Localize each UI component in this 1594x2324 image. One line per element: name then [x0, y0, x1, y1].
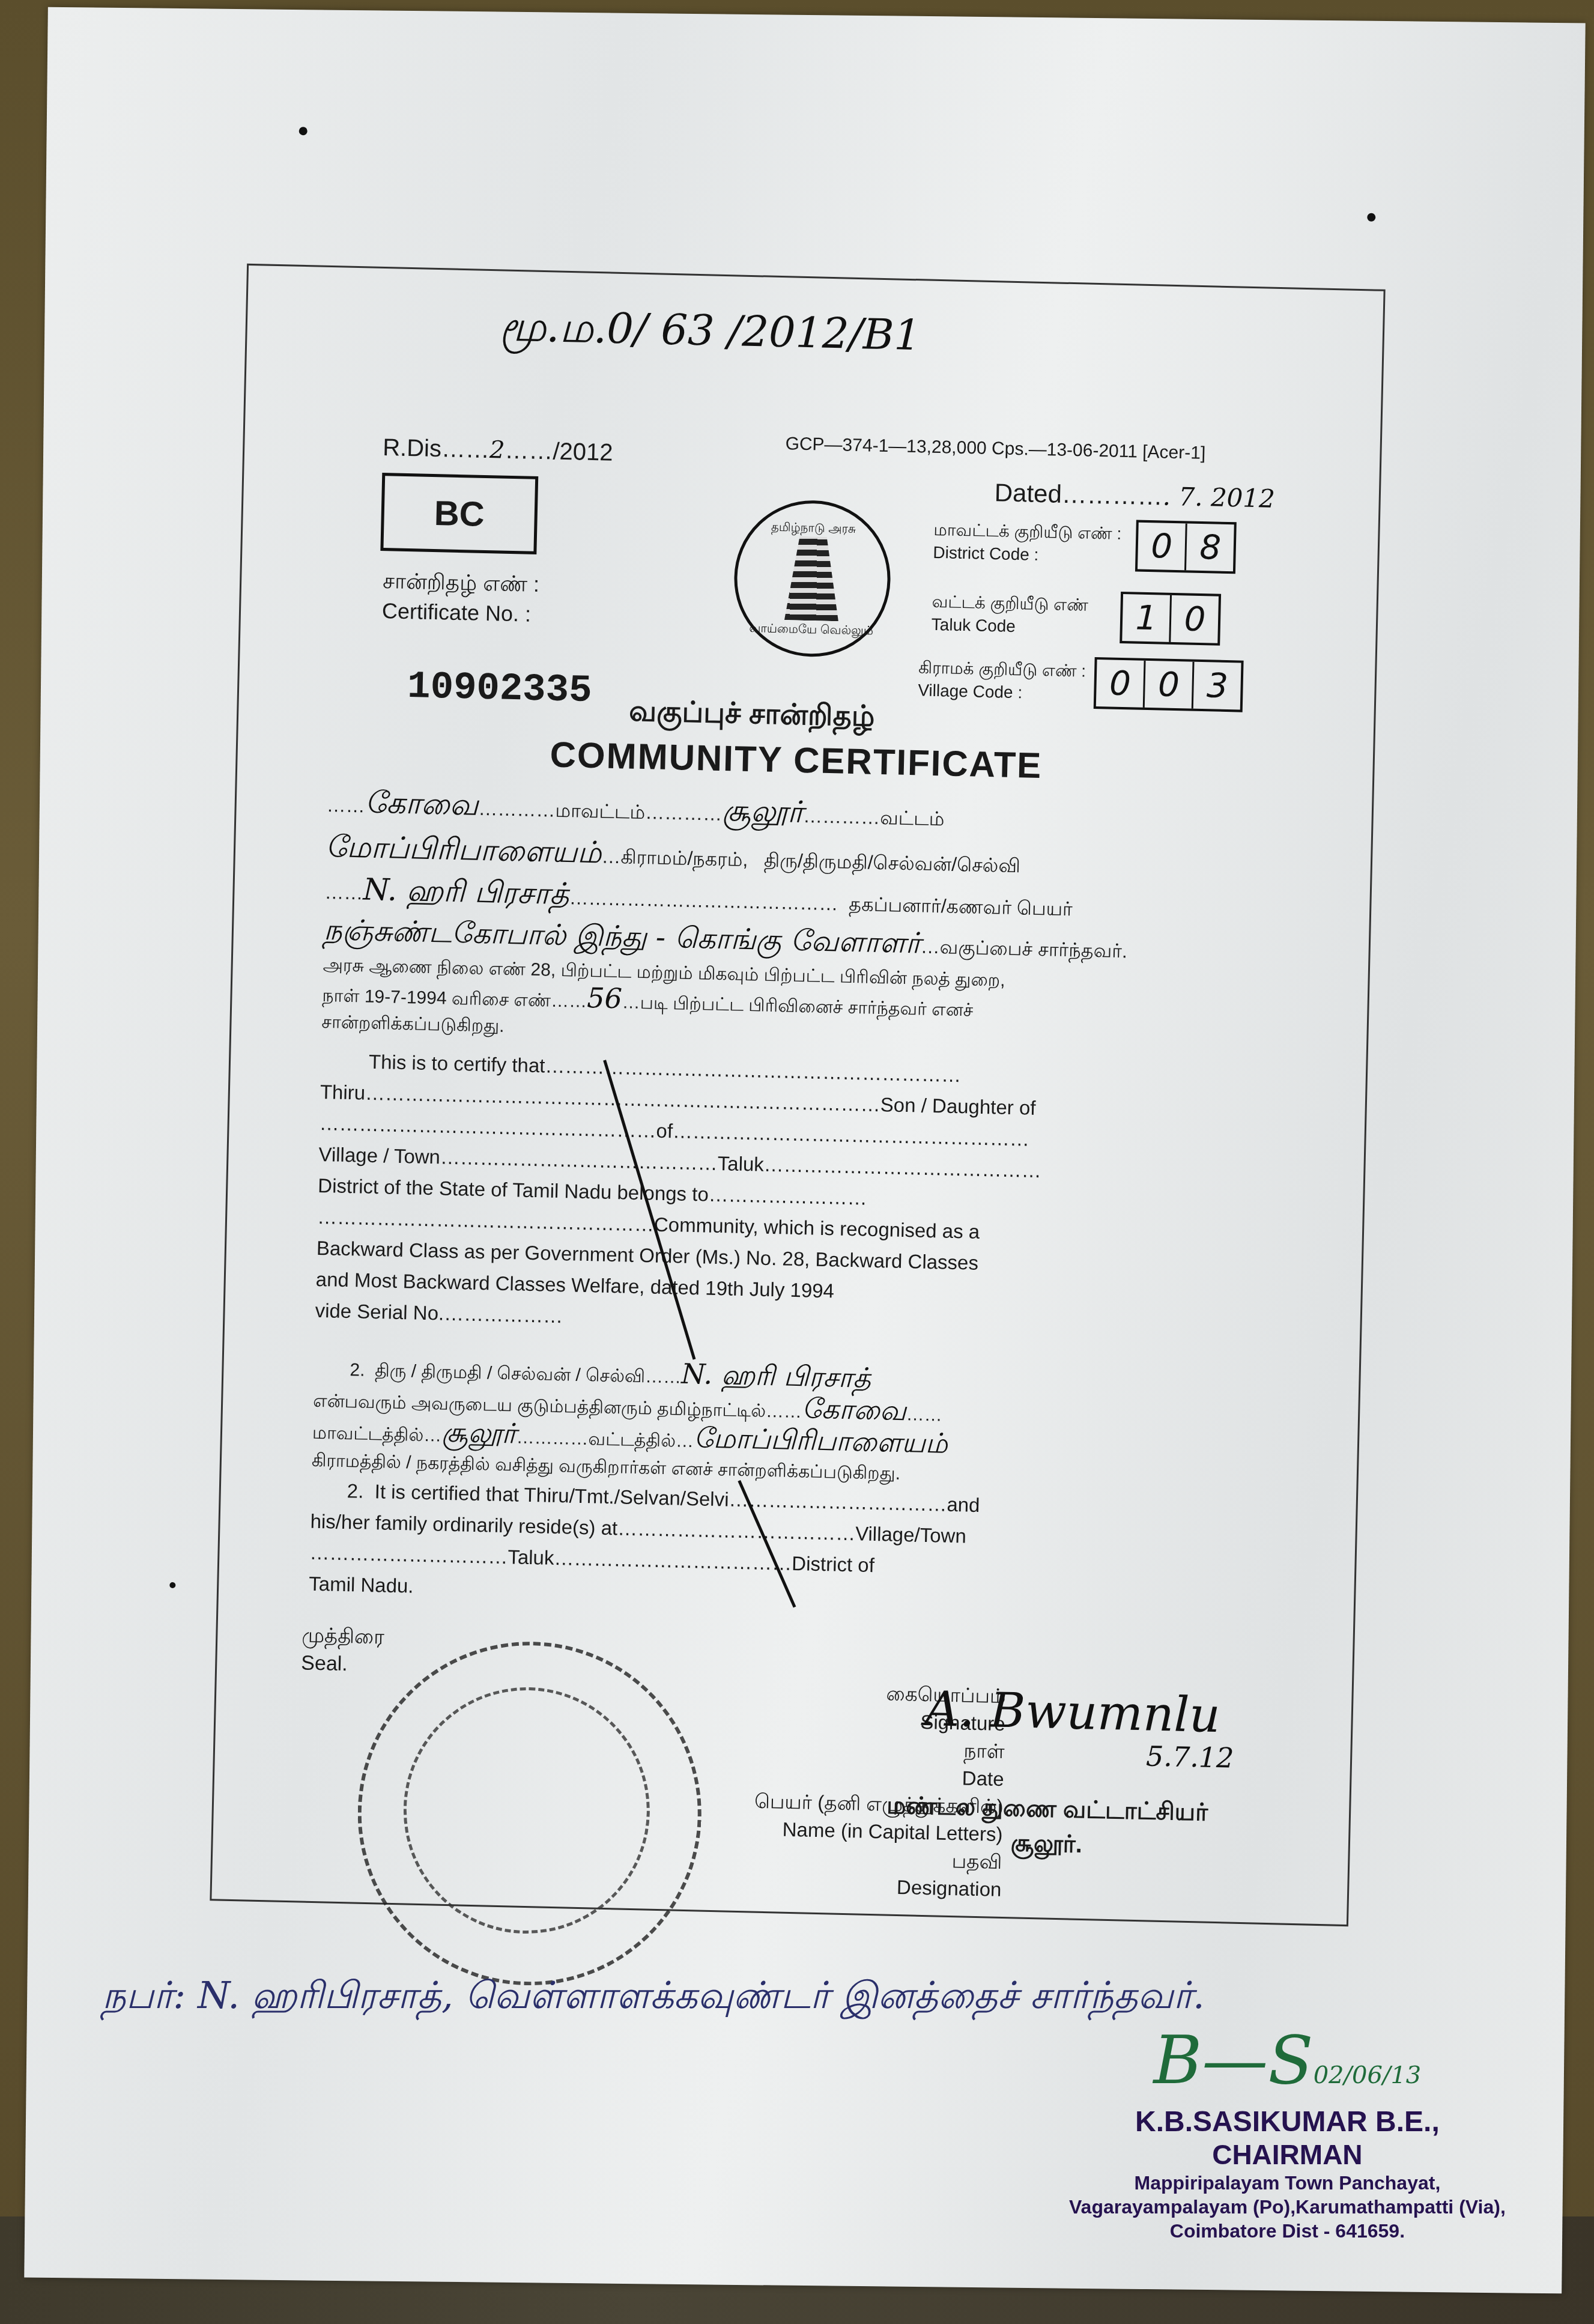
district-code-digit: 0	[1138, 523, 1187, 571]
village-code-box: 0 0 3	[1094, 657, 1244, 712]
residence-en-line-2: his/her family ordinarily reside(s) at	[310, 1510, 617, 1540]
chairman-name: K.B.SASIKUMAR B.E.,	[1069, 2105, 1506, 2138]
residence-village-value: மோப்பிரிபாளையம்	[694, 1421, 948, 1460]
title-options: திரு/திருமதி/செல்வன்/செல்வி	[764, 849, 1021, 877]
village-code-digit: 3	[1193, 662, 1241, 710]
print-code: GCP—374-1—13,28,000 Cps.—13-06-2011 [Ace…	[785, 434, 1205, 464]
english-certification: This is to certify that………………………………………………	[315, 1045, 1342, 1349]
officer-signature: A. Bwumnlu	[924, 1681, 1221, 1743]
designation-line-1: மண்டல துணை வட்டாட்சியர்	[886, 1788, 1208, 1830]
go-text-2-prefix: நாள் 19-7-1994 வரிசை எண்	[322, 986, 551, 1011]
father-label: தகப்பனார்/கணவர் பெயர்	[849, 893, 1073, 920]
designation-stamp: மண்டல துணை வட்டாட்சியர் சூலூர்.	[885, 1788, 1208, 1865]
tamil-nadu-emblem-icon: தமிழ்நாடு அரசு வாய்மையே வெல்லும்	[733, 499, 892, 658]
handwritten-footnote: நபர்: N. ஹரிபிரசாத், வெள்ளாளக்கவுண்டர் இ…	[102, 1973, 1205, 2022]
residence-person-name: N. ஹரி பிரசாத்	[681, 1358, 871, 1394]
go-paragraph-ta: அரசு ஆணை நிலை எண் 28, பிற்பட்ட மற்றும் ம…	[321, 952, 1344, 1059]
district-code-label-en: District Code :	[933, 541, 1121, 568]
en-line-2-suffix: Son / Daughter of	[880, 1093, 1035, 1119]
district-taluk-line: ……கோவை…………மாவட்டம்…………சூலூர்…………வட்டம்	[326, 784, 945, 837]
residence-title-options: திரு / திருமதி / செல்வன் / செல்வி	[375, 1361, 646, 1386]
chairman-role: CHAIRMAN	[1069, 2138, 1506, 2171]
district-code-box: 0 8	[1135, 520, 1237, 574]
title-tamil: வகுப்புச் சான்றிதழ்	[629, 694, 875, 736]
en-line-9: vide Serial No.	[315, 1299, 444, 1324]
district-label: மாவட்டம்	[555, 799, 646, 823]
category-box: BC	[380, 473, 538, 554]
residence-en-line-2-end: Village/Town	[855, 1522, 966, 1547]
seal-inner-ring	[401, 1684, 652, 1936]
residence-line-3-mid: வட்டத்தில்	[588, 1429, 676, 1451]
en-line-6: Community, which is recognised as a	[654, 1213, 980, 1243]
en-line-4-prefix: Village / Town	[318, 1143, 440, 1168]
seal-label-ta: முத்திரை	[302, 1622, 385, 1651]
village-label: கிராமம்/நகரம்,	[620, 846, 748, 870]
certificate-form: மூ.ம.0/ 63 /2012/B1 R.Dis……2……/2012 GCP—…	[210, 264, 1385, 1926]
residence-en-line-1: It is certified that Thiru/Tmt./Selvan/S…	[374, 1480, 729, 1510]
emblem-motto: வாய்மையே வெல்லும்	[749, 622, 873, 640]
village-code-digit: 0	[1096, 660, 1146, 708]
residence-district-value: கோவை	[802, 1392, 907, 1427]
certificate-number: 10902335	[407, 666, 592, 713]
address-line-1: Mappiripalayam Town Panchayat,	[1069, 2171, 1506, 2195]
residence-en-line-3-mid: Taluk	[508, 1546, 554, 1569]
taluk-label: வட்டம்	[880, 807, 945, 830]
chairman-attestation-stamp: B—S02/06/13 K.B.SASIKUMAR B.E., CHAIRMAN…	[1069, 2030, 1506, 2243]
serial-number: 56	[587, 981, 623, 1015]
dated-value: . 7. 2012	[1162, 482, 1275, 514]
attestation-date: 02/06/13	[1314, 2062, 1422, 2089]
r-dis-year: /2012	[553, 438, 613, 466]
village-code-label-en: Village Code :	[918, 679, 1086, 705]
title-english: COMMUNITY CERTIFICATE	[550, 734, 1043, 787]
en-line-1: This is to certify that	[369, 1051, 545, 1077]
residence-number: 2.	[350, 1360, 365, 1380]
residence-en-number: 2.	[347, 1479, 363, 1502]
en-line-4-mid: Taluk	[717, 1152, 764, 1176]
emblem-top-text: தமிழ்நாடு அரசு	[771, 521, 856, 538]
dated-field: Dated…………. 7. 2012	[994, 478, 1275, 514]
r-dis-value: 2	[489, 436, 505, 464]
designation-line-2: சூலூர்.	[885, 1823, 1207, 1865]
address-line-2: Vagarayampalayam (Po),Karumathampatti (V…	[1069, 2195, 1506, 2219]
village-code-digit: 0	[1145, 661, 1195, 709]
en-line-3: of	[656, 1120, 673, 1142]
ink-spot	[169, 1582, 175, 1588]
en-line-2-prefix: Thiru	[320, 1081, 366, 1104]
ink-spot	[1367, 213, 1375, 222]
taluk-code-label-en: Taluk Code	[931, 613, 1118, 640]
taluk-value: சூலூர்	[722, 793, 804, 830]
en-line-5: District of the State of Tamil Nadu belo…	[318, 1174, 709, 1206]
person-name: N. ஹரி பிரசாத்	[363, 872, 570, 912]
taluk-code-box: 1 0	[1120, 592, 1222, 646]
residence-en-line-1-end: and	[947, 1493, 980, 1516]
residence-paragraph-ta: 2. திரு / திருமதி / செல்வன் / செல்வி……N.…	[311, 1352, 1335, 1498]
r-dis-label: R.Dis	[383, 434, 442, 462]
residence-paragraph-en: 2. It is certified that Thiru/Tmt./Selva…	[309, 1475, 1332, 1623]
certificate-no-label-en: Certificate No. :	[382, 596, 539, 630]
taluk-code-digit: 0	[1171, 595, 1219, 643]
community-label: வகுப்பைச் சார்ந்தவர்.	[939, 936, 1127, 962]
seal-label-en: Seal.	[301, 1649, 384, 1678]
reference-number: மூ.ம.0/ 63 /2012/B1	[499, 301, 921, 365]
designation-label-en: Designation	[753, 1870, 1002, 1904]
seal-label: முத்திரை Seal.	[301, 1622, 385, 1679]
address-line-3: Coimbatore Dist - 641659.	[1069, 2219, 1506, 2243]
go-text-2-suffix: படி பிற்பட்ட பிரிவினைச் சார்ந்தவர் எனச்	[640, 993, 973, 1021]
certificate-no-label: சான்றிதழ் எண் : Certificate No. :	[382, 566, 540, 630]
village-value: மோப்பிரிபாளையம்	[326, 829, 602, 870]
village-code-row: கிராமக் குறியீடு எண் : Village Code : 0 …	[918, 653, 1244, 712]
certificate-no-label-ta: சான்றிதழ் எண் :	[383, 566, 540, 599]
signature-date: 5.7.12	[1146, 1740, 1235, 1774]
residence-en-line-3-end: District of	[792, 1552, 874, 1576]
dated-label: Dated	[994, 478, 1062, 508]
taluk-code-digit: 1	[1123, 594, 1172, 642]
village-code-label-ta: கிராமக் குறியீடு எண் :	[918, 656, 1086, 682]
chairman-signature: B—S02/06/13	[1069, 2030, 1506, 2105]
residence-line-3-prefix: மாவட்டத்தில்	[312, 1423, 424, 1445]
district-value: கோவை	[365, 785, 479, 822]
ink-spot	[299, 127, 308, 135]
residence-taluk-value: சூலூர்	[441, 1416, 517, 1450]
r-dis-field: R.Dis……2……/2012	[383, 434, 613, 467]
district-code-row: மாவட்டக் குறியீடு எண் : District Code : …	[933, 515, 1237, 574]
taluk-code-row: வட்டக் குறியீடு எண் Taluk Code 1 0	[931, 587, 1221, 646]
temple-tower-icon	[784, 536, 840, 621]
district-code-digit: 8	[1186, 523, 1234, 571]
